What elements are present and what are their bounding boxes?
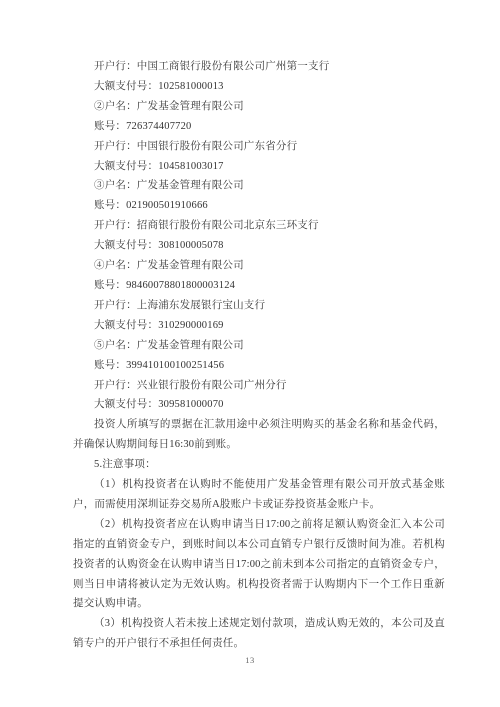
notes-paragraph: 投资人所填写的票据在汇款用途中必须注明购买的基金名称和基金代码，并确保认购期间每… [73,415,445,455]
page-number: 13 [245,655,255,665]
bank-detail-line: 开户行：兴业银行股份有限公司广州分行 [73,376,445,396]
document-page: 开户行：中国工商银行股份有限公司广州第一支行大额支付号：102581000013… [0,0,500,707]
bank-detail-line: 大额支付号：104581003017 [73,157,445,177]
page-footer: 13 [0,650,500,668]
notes-paragraph: 5.注意事项： [73,455,445,475]
bank-detail-line: 账号：021900501910666 [73,196,445,216]
bank-detail-line: ⑤户名：广发基金管理有限公司 [73,336,445,356]
bank-detail-line: 账号：399410100100251456 [73,356,445,376]
bank-detail-line: 大额支付号：309581000070 [73,395,445,415]
bank-detail-line: 开户行：中国工商银行股份有限公司广州第一支行 [73,57,445,77]
bank-detail-line: 开户行：中国银行股份有限公司广东省分行 [73,137,445,157]
bank-detail-line: 开户行：上海浦东发展银行宝山支行 [73,296,445,316]
document-content: 开户行：中国工商银行股份有限公司广州第一支行大额支付号：102581000013… [73,57,445,654]
bank-detail-line: 账号：98460078801800003124 [73,276,445,296]
bank-detail-line: 大额支付号：310290000169 [73,316,445,336]
bank-detail-line: ②户名：广发基金管理有限公司 [73,97,445,117]
bank-account-list: 开户行：中国工商银行股份有限公司广州第一支行大额支付号：102581000013… [73,57,445,415]
notes-paragraph: （1）机构投资者在认购时不能使用广发基金管理有限公司开放式基金账户，而需使用深圳… [73,475,445,515]
bank-detail-line: 账号：726374407720 [73,117,445,137]
bank-detail-line: ③户名：广发基金管理有限公司 [73,176,445,196]
bank-detail-line: 大额支付号：102581000013 [73,77,445,97]
bank-detail-line: 大额支付号：308100005078 [73,236,445,256]
notes-section: 投资人所填写的票据在汇款用途中必须注明购买的基金名称和基金代码，并确保认购期间每… [73,415,445,654]
notes-paragraph: （2）机构投资者应在认购申请当日17:00之前将足额认购资金汇入本公司指定的直销… [73,515,445,615]
notes-paragraph: （3）机构投资人若未按上述规定划付款项，造成认购无效的，本公司及直销专户的开户银… [73,614,445,654]
bank-detail-line: ④户名：广发基金管理有限公司 [73,256,445,276]
bank-detail-line: 开户行：招商银行股份有限公司北京东三环支行 [73,216,445,236]
